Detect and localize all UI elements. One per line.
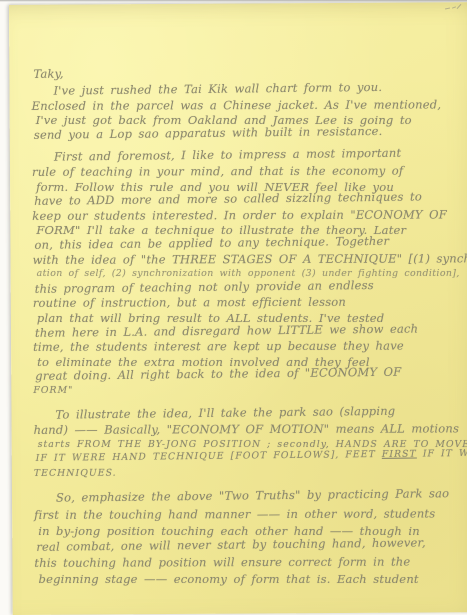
- letter-line: First and foremost, I like to impress a …: [34, 145, 464, 164]
- letter-line: rule of teaching in your mind, and that …: [32, 163, 462, 179]
- letter-line: FORM": [33, 382, 463, 398]
- letter-paper: Taky, I've just rushed the Tai Kik wall …: [9, 2, 467, 600]
- letter-line: great doing. All right back to the idea …: [35, 364, 465, 383]
- letter-line: this touching hand position will ensure …: [34, 554, 464, 572]
- letter-line: TECHNIQUES.: [34, 465, 464, 481]
- letter-line: So, emphasize the above "Two Truths" by …: [36, 485, 466, 506]
- letter-line: with the idea of "the THREE STAGES OF A …: [33, 251, 463, 267]
- paragraph-two-truths: So, emphasize the above "Two Truths" by …: [36, 488, 467, 588]
- letter-line: IF IT WERE HAND TECHNIQUE [FOOT FOLLOWS]…: [36, 447, 466, 466]
- line-text: IF IT WERE FOOT: [417, 447, 467, 459]
- letter-line: time, the students interest are kept up …: [33, 338, 463, 354]
- paragraph-intro: I've just rushed the Tai Kik wall chart …: [33, 81, 463, 142]
- letter-line: real combat, one will never start by tou…: [36, 534, 466, 555]
- paragraph-economy-of-motion: To illustrate the idea, I'll take the pa…: [35, 406, 465, 482]
- letter-line: keep our students interested. In order t…: [32, 207, 462, 223]
- corner-pencil-mark: [445, 3, 461, 13]
- letter-line: beginning stage —— economy of form that …: [39, 571, 467, 587]
- letter-line: hand) —— Basically, "ECONOMY OF MOTION" …: [34, 421, 464, 437]
- handwritten-letter: Taky, I've just rushed the Tai Kik wall …: [33, 64, 466, 587]
- letter-line: routine of instruction, but a most effic…: [33, 295, 463, 311]
- underlined-word: FIRST: [382, 449, 417, 460]
- line-text: IF IT WERE HAND TECHNIQUE [FOOT FOLLOWS]…: [36, 449, 382, 464]
- paragraph-economy-of-form: First and foremost, I like to impress a …: [34, 148, 466, 399]
- letter-line: To illustrate the idea, I'll take the pa…: [35, 403, 465, 422]
- letter-line: first in the touching hand manner —— in …: [34, 505, 464, 523]
- letter-line: I've just rushed the Tai Kik wall chart …: [33, 79, 463, 98]
- letter-line: Enclosed in the parcel was a Chinese jac…: [32, 97, 462, 113]
- scan-top-edge: [0, 0, 467, 2]
